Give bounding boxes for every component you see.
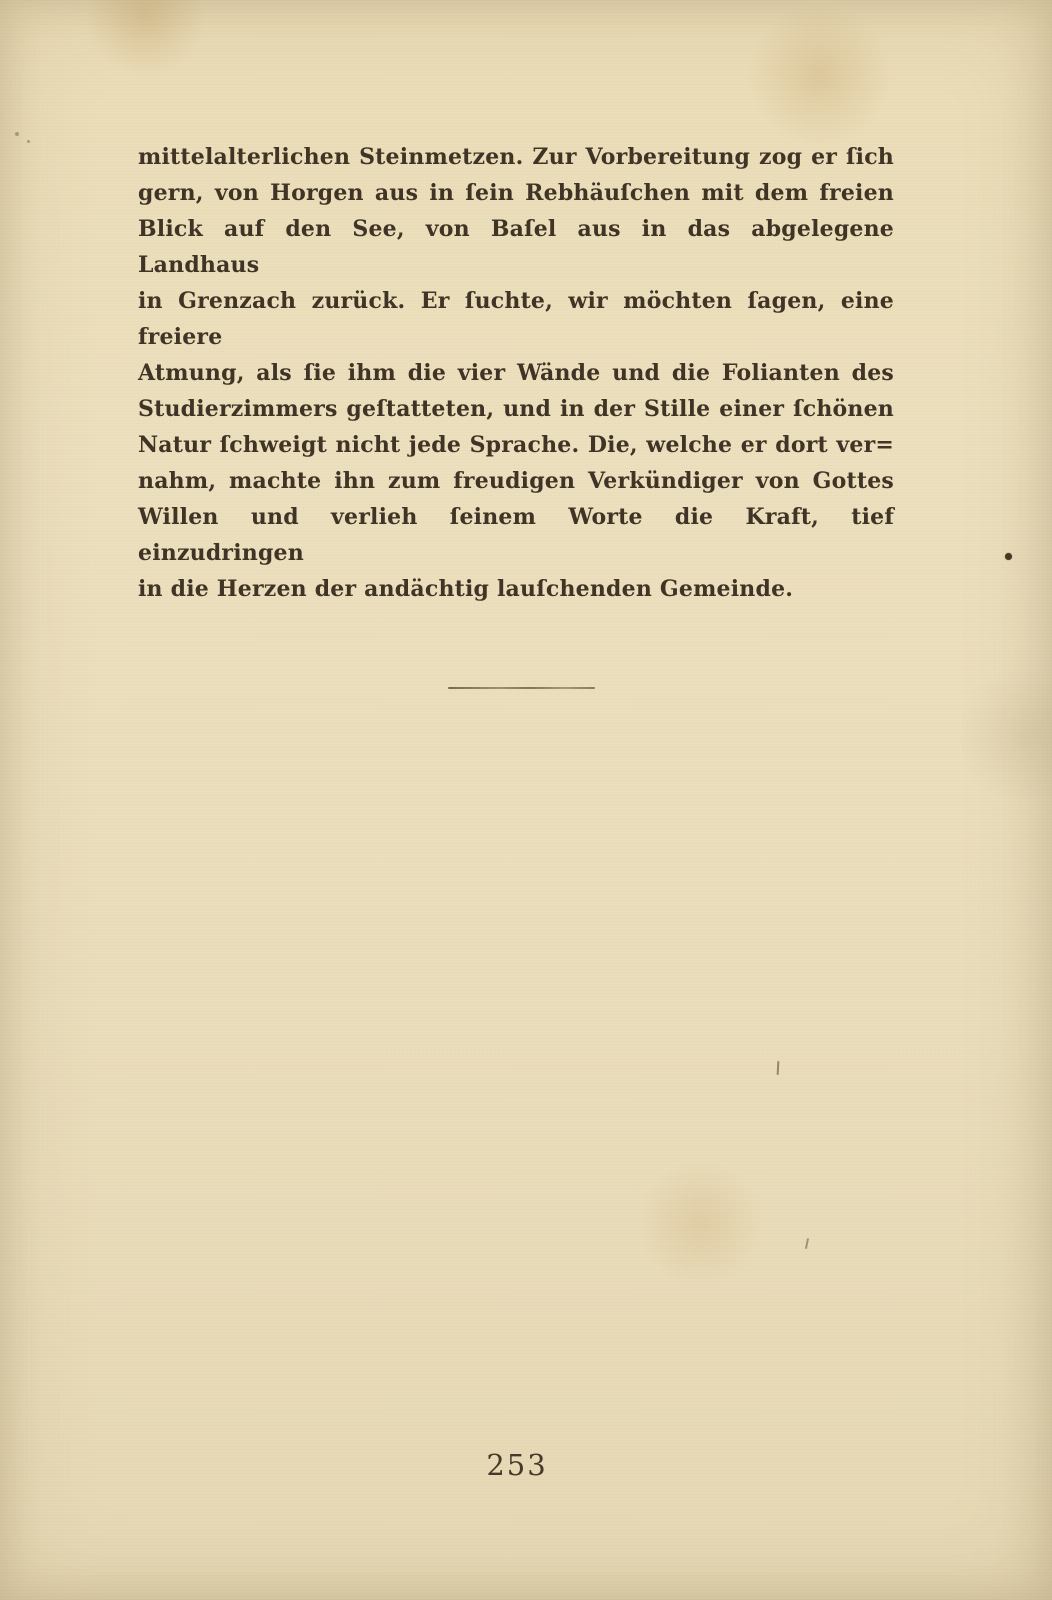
- text-line: nahm, machte ihn zum freudigen Verkündig…: [138, 463, 894, 499]
- paper-speck: [15, 132, 19, 136]
- paper-stain-bottom: [633, 1156, 768, 1291]
- paragraph-text-block: mittelalterlichen Steinmetzen. Zur Vorbe…: [138, 139, 894, 607]
- text-line: Natur ſchweigt nicht jede Sprache. Die, …: [138, 427, 894, 463]
- text-line: Blick auf den See, von Baſel aus in das …: [138, 211, 894, 283]
- paper-stain-right-mid: [960, 660, 1052, 810]
- small-ink-tick: [805, 1238, 809, 1249]
- text-line: gern, von Horgen aus in ſein Rebhäuſchen…: [138, 175, 894, 211]
- text-line: in die Herzen der andächtig lauſchenden …: [138, 571, 894, 607]
- page-number: 253: [0, 1448, 1034, 1482]
- small-ink-tick: [777, 1061, 780, 1075]
- text-line: mittelalterlichen Steinmetzen. Zur Vorbe…: [138, 139, 894, 175]
- book-page-scan: mittelalterlichen Steinmetzen. Zur Vorbe…: [0, 0, 1052, 1600]
- paper-stain-top-right: [745, 0, 895, 150]
- text-line: in Grenzach zurück. Er ſuchte, wir möcht…: [138, 283, 894, 355]
- text-line: Studierzimmers geſtatteten, und in der S…: [138, 391, 894, 427]
- section-divider-rule: [448, 687, 595, 689]
- text-line: Atmung, als ſie ihm die vier Wände und d…: [138, 355, 894, 391]
- paper-stain-top-center: [83, 0, 208, 75]
- paper-speck: [27, 140, 30, 143]
- ink-dot-mark: [1005, 553, 1012, 560]
- text-line: Willen und verlieh ſeinem Worte die Kraf…: [138, 499, 894, 571]
